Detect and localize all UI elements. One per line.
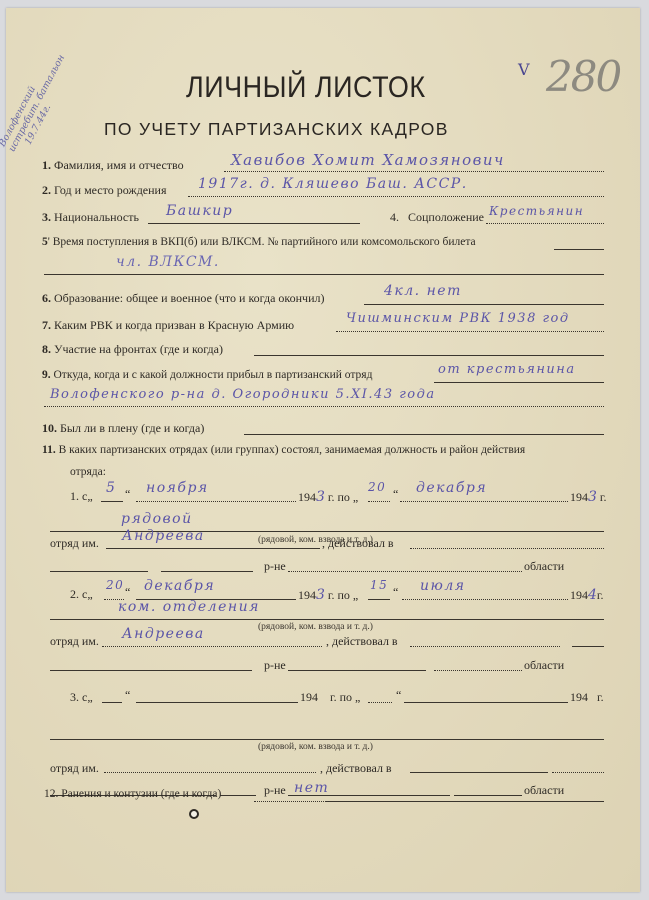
from-day-value: 20: [106, 578, 124, 592]
to-year-digit: 4: [588, 587, 597, 603]
field-label: Участие на фронтах (где и когда): [54, 342, 223, 356]
field-number: 4.: [390, 210, 399, 224]
quote-mark: “: [393, 585, 398, 600]
field-number: 6.: [42, 291, 51, 305]
field-label: Образование: общее и военное (что и когд…: [54, 291, 325, 305]
unit-named-label: отряд им.: [50, 634, 99, 649]
year-prefix: 194: [570, 588, 588, 602]
from-label: с„: [82, 690, 93, 704]
field-label: Год и место рождения: [54, 183, 166, 197]
wounds-value: нет: [294, 780, 329, 796]
field-label: Национальность: [54, 210, 139, 224]
from-month-value: декабря: [144, 578, 215, 594]
unit-named-label: отряд им.: [50, 761, 99, 776]
field-number: 3.: [42, 210, 51, 224]
to-day-value: 20: [368, 480, 386, 494]
from-label: с„: [82, 489, 93, 503]
field-label: Время поступления в ВКП(б) или ВЛКСМ. № …: [53, 236, 476, 248]
document-page: Волофенский истребит. батальон 19.7.44г.…: [6, 8, 640, 892]
field-label: Откуда, когда и с какой должности прибыл…: [54, 369, 373, 381]
social-status-value: Крестьянин: [489, 204, 584, 218]
acted-in-label: , действовал в: [326, 634, 398, 649]
education-value: 4кл. нет: [384, 283, 462, 299]
district-label: р-не: [264, 559, 286, 574]
field-label: Фамилия, имя и отчество: [54, 158, 184, 172]
check-mark: V: [518, 60, 531, 79]
unit-name-value: Андреева: [122, 626, 205, 642]
document-subtitle: ПО УЧЕТУ ПАРТИЗАНСКИХ КАДРОВ: [104, 119, 449, 140]
entry-index: 3.: [70, 690, 79, 704]
field-label: Соцположение: [408, 210, 484, 224]
quote-mark: “: [125, 585, 130, 600]
archive-number: 280: [546, 52, 620, 101]
year-prefix: 194: [570, 690, 588, 704]
rank-hint: (рядовой, ком. взвода и т. д.): [258, 742, 373, 752]
to-month-value: июля: [420, 578, 466, 594]
to-month-value: декабря: [416, 480, 487, 496]
party-membership-value: чл. ВЛКСМ.: [116, 254, 220, 270]
nationality-value: Башкир: [166, 203, 233, 219]
region-label: области: [524, 658, 564, 673]
quote-mark: “: [396, 688, 401, 703]
district-label: р-не: [264, 783, 286, 798]
field-label: Ранения и контузии (где и когда): [61, 788, 221, 800]
from-day-value: 5: [106, 480, 116, 496]
field-label: Был ли в плену (где и когда): [60, 421, 204, 435]
unit-named-label: отряд им.: [50, 536, 99, 551]
arrival-value-line1: от крестьянина: [438, 362, 576, 377]
margin-note: Волофенский истребит. батальон 19.7.44г.: [0, 48, 77, 159]
from-year-digit: 3: [316, 587, 325, 603]
from-year-digit: 3: [316, 489, 325, 505]
full-name-value: Хавибов Хомит Хамозянович: [231, 151, 505, 169]
field-number: 7.: [42, 318, 51, 332]
quote-mark: “: [393, 487, 398, 502]
year-prefix: 194: [300, 690, 318, 704]
position-value: рядовой: [121, 511, 193, 527]
to-label: г. по „: [330, 690, 360, 704]
field-label: Каким РВК и когда призван в Красную Арми…: [54, 318, 294, 332]
from-month-value: ноября: [146, 480, 209, 496]
year-prefix: 194: [298, 588, 316, 602]
field-number: 12.: [44, 788, 58, 800]
field-label: В каких партизанских отрядах (или группа…: [59, 444, 526, 456]
to-label: г. по „: [328, 588, 358, 602]
field-number: 11.: [42, 444, 56, 456]
g-label: г.: [597, 588, 604, 602]
field-label-cont: отряда:: [70, 466, 106, 478]
position-value: ком. отделения: [118, 599, 260, 615]
acted-in-label: , действовал в: [322, 536, 394, 551]
conscription-value: Чишминским РВК 1938 год: [346, 311, 570, 326]
field-number: 8.: [42, 342, 51, 356]
punch-hole: [189, 809, 199, 819]
field-number: 2.: [42, 183, 51, 197]
entry-index: 1.: [70, 489, 79, 503]
to-label: г. по „: [328, 490, 358, 504]
g-label: г.: [600, 490, 607, 504]
field-number: 10.: [42, 421, 57, 435]
year-prefix: 194: [570, 490, 588, 504]
unit-name-value: Андреева: [122, 528, 205, 544]
region-label: области: [524, 559, 564, 574]
field-number: 9.: [42, 369, 51, 381]
g-label: г.: [597, 690, 604, 704]
quote-mark: “: [125, 688, 130, 703]
to-day-value: 15: [370, 578, 388, 592]
field-number: 5: [42, 236, 48, 248]
rank-hint: (рядовой, ком. взвода и т. д.): [258, 622, 373, 632]
document-title: ЛИЧНЫЙ ЛИСТОК: [186, 70, 426, 104]
acted-in-label: , действовал в: [320, 761, 392, 776]
to-year-digit: 3: [588, 489, 597, 505]
district-label: р-не: [264, 658, 286, 673]
year-prefix: 194: [298, 490, 316, 504]
field-number: 1.: [42, 158, 51, 172]
arrival-value-line2: Волофенского р-на д. Огородники 5.XI.43 …: [50, 387, 436, 402]
birth-value: 1917г. д. Кляшево Баш. АССР.: [198, 176, 468, 192]
quote-mark: “: [125, 487, 130, 502]
from-label: с„: [82, 587, 93, 601]
entry-index: 2.: [70, 587, 79, 601]
region-label: области: [524, 783, 564, 798]
